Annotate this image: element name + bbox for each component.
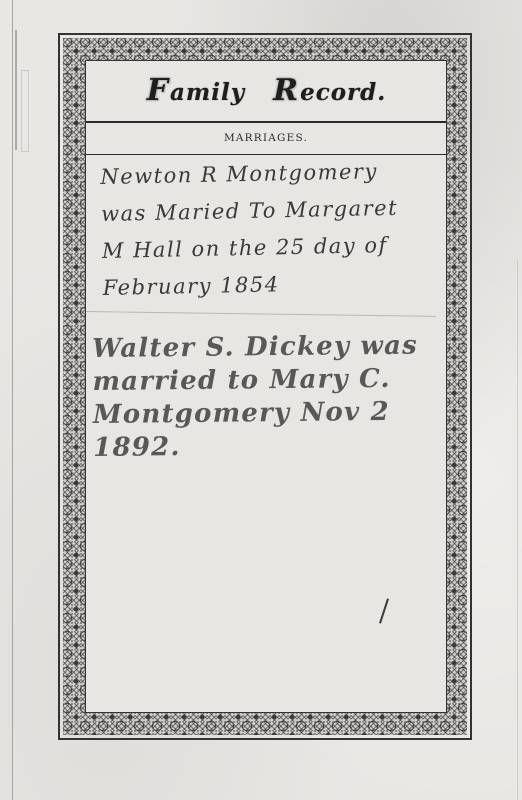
- faint-ruled-line: [86, 311, 436, 317]
- record-panel: Family Record. MARRIAGES. Newton R Montg…: [85, 60, 447, 713]
- marriage-entry-1: Newton R Montgomery was Maried To Margar…: [100, 152, 439, 307]
- page-title: Family Record.: [146, 73, 387, 109]
- section-heading: MARRIAGES.: [86, 123, 446, 153]
- title-word-2-rest: ecord.: [300, 79, 386, 106]
- title-initial-r: R: [272, 73, 300, 109]
- title-initial-f: F: [146, 73, 170, 109]
- stray-pen-mark: [379, 598, 389, 623]
- page-edge: [517, 260, 520, 800]
- title-word-1-rest: amily: [170, 79, 245, 106]
- title-area: Family Record.: [86, 61, 446, 121]
- binding-edge: [12, 0, 29, 800]
- scanned-page: Family Record. MARRIAGES. Newton R Montg…: [0, 0, 522, 800]
- marriage-entry-2: Walter S. Dickey was married to Mary C. …: [92, 329, 437, 465]
